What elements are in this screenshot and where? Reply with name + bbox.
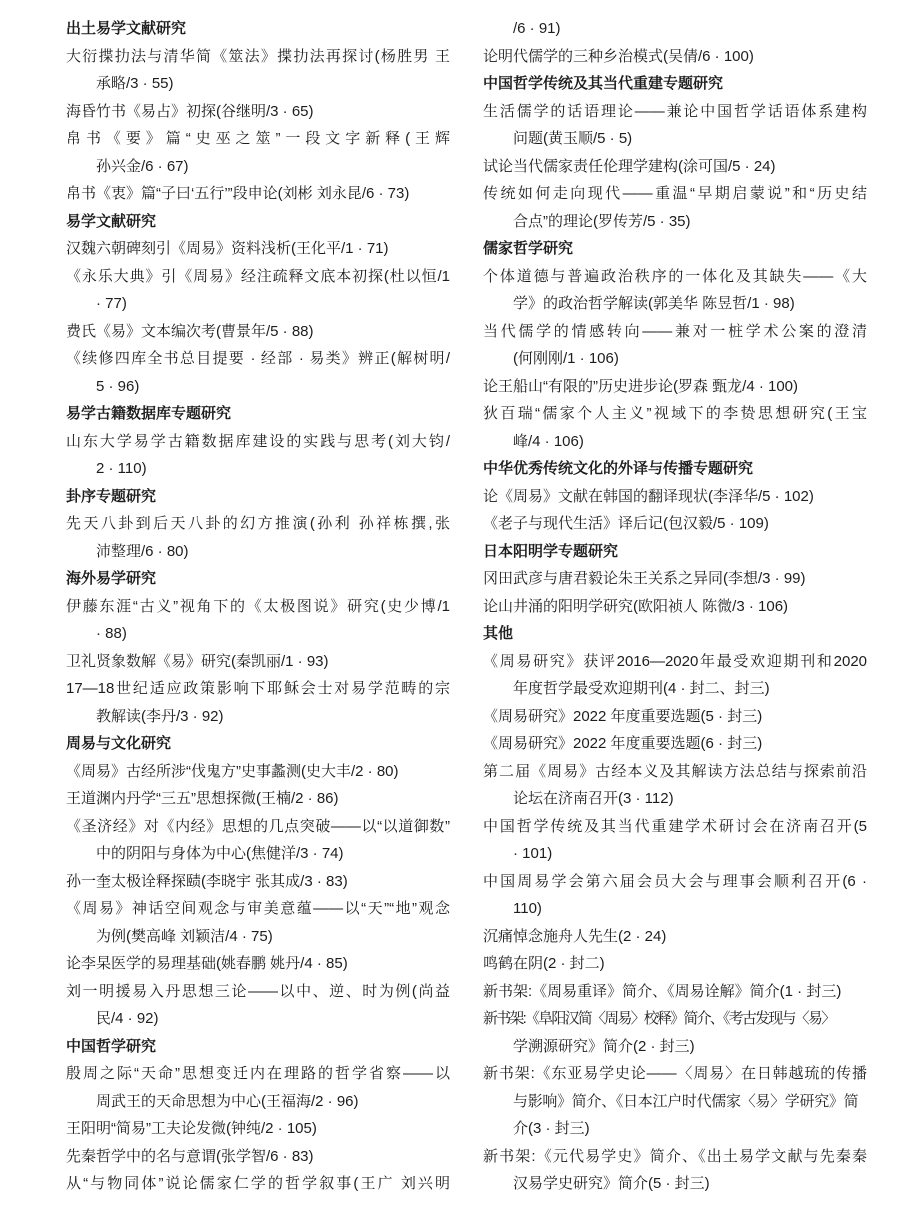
entry-continuation-line: 110) — [483, 895, 867, 923]
section-heading: 出土易学文献研究 — [66, 15, 450, 43]
entry-line: 传统如何走向现代——重温“早期启蒙说”和“历史结 — [483, 180, 867, 208]
entry-line: 《周易》神话空间观念与审美意蕴——以“天”“地”观念 — [66, 895, 450, 923]
entry-line: 沉痛悼念施舟人先生(2 · 24) — [483, 923, 867, 951]
entry-continuation-line: · 101) — [483, 840, 867, 868]
entry-line: 海昏竹书《易占》初探(谷继明/3 · 65) — [66, 98, 450, 126]
entry-line: 王阳明“简易”工夫论发微(钟纯/2 · 105) — [66, 1115, 450, 1143]
entry-line: 先秦哲学中的名与意谓(张学智/6 · 83) — [66, 1143, 450, 1171]
entry-line: 王道渊内丹学“三五”思想探微(王楠/2 · 86) — [66, 785, 450, 813]
entry-continuation-line: 峰/4 · 106) — [483, 428, 867, 456]
entry-line: 《周易研究》2022 年度重要选题(5 · 封三) — [483, 703, 867, 731]
entry-continuation-line: 论坛在济南召开(3 · 112) — [483, 785, 867, 813]
entry-continuation-line: 2 · 110) — [66, 455, 450, 483]
entry-line: 第二届《周易》古经本义及其解读方法总结与探索前沿 — [483, 758, 867, 786]
entry-line: 伊藤东涯“古义”视角下的《太极图说》研究(史少博/1 — [66, 593, 450, 621]
entry-line: 费氏《易》文本编次考(曹景年/5 · 88) — [66, 318, 450, 346]
entry-continuation-line: 5 · 96) — [66, 373, 450, 401]
entry-line: 《周易研究》获评2016—2020年最受欢迎期刊和2020 — [483, 648, 867, 676]
entry-line: 鸣鹤在阴(2 · 封二) — [483, 950, 867, 978]
entry-continuation-line: 为例(樊高峰 刘颖洁/4 · 75) — [66, 923, 450, 951]
entry-continuation-line: 合点”的理论(罗传芳/5 · 35) — [483, 208, 867, 236]
entry-continuation-line: (何刚刚/1 · 106) — [483, 345, 867, 373]
entry-line: 《周易》古经所涉“伐鬼方”史事蠡测(史大丰/2 · 80) — [66, 758, 450, 786]
entry-line: 17—18世纪适应政策影响下耶稣会士对易学范畴的宗 — [66, 675, 450, 703]
index-column-right: /6 · 91)论明代儒学的三种乡治模式(吴倩/6 · 100)中国哲学传统及其… — [483, 15, 867, 1198]
section-heading: 中国哲学传统及其当代重建专题研究 — [483, 70, 867, 98]
section-heading: 其他 — [483, 620, 867, 648]
entry-line: 试论当代儒家责任伦理学建构(涂可国/5 · 24) — [483, 153, 867, 181]
entry-line: 殷周之际“天命”思想变迁内在理路的哲学省察——以 — [66, 1060, 450, 1088]
entry-continuation-line: 介(3 · 封三) — [483, 1115, 867, 1143]
section-heading: 中国哲学研究 — [66, 1033, 450, 1061]
entry-continuation-line: 学溯源研究》简介(2 · 封三) — [483, 1033, 867, 1061]
entry-continuation-line: · 88) — [66, 620, 450, 648]
entry-line: 《老子与现代生活》译后记(包汉毅/5 · 109) — [483, 510, 867, 538]
entry-continuation-line: · 77) — [66, 290, 450, 318]
entry-line: 论明代儒学的三种乡治模式(吴倩/6 · 100) — [483, 43, 867, 71]
entry-line: 《周易研究》2022 年度重要选题(6 · 封三) — [483, 730, 867, 758]
entry-line: 汉魏六朝碑刻引《周易》资料浅析(王化平/1 · 71) — [66, 235, 450, 263]
entry-line: 帛书《要》篇“史巫之筮”一段文字新释(王辉 — [66, 125, 450, 153]
section-heading: 易学文献研究 — [66, 208, 450, 236]
section-heading: 易学古籍数据库专题研究 — [66, 400, 450, 428]
section-heading: 儒家哲学研究 — [483, 235, 867, 263]
entry-continuation-line: 周武王的天命思想为中心(王福海/2 · 96) — [66, 1088, 450, 1116]
section-heading: 中华优秀传统文化的外译与传播专题研究 — [483, 455, 867, 483]
entry-line: 论李杲医学的易理基础(姚春鹏 姚丹/4 · 85) — [66, 950, 450, 978]
entry-continuation-line: 问题(黄玉顺/5 · 5) — [483, 125, 867, 153]
entry-continuation-line: /6 · 91) — [483, 15, 867, 43]
entry-line: 新书架:《元代易学史》简介、《出土易学文献与先秦秦 — [483, 1143, 867, 1171]
entry-line: 论山井涌的阳明学研究(欧阳祯人 陈微/3 · 106) — [483, 593, 867, 621]
entry-continuation-line: 沛整理/6 · 80) — [66, 538, 450, 566]
entry-line: 新书架:《东亚易学史论——〈周易〉在日韩越琉的传播 — [483, 1060, 867, 1088]
entry-line: 卫礼贤象数解《易》研究(秦凯丽/1 · 93) — [66, 648, 450, 676]
entry-line: 帛书《衷》篇“子曰‘五行’”段申论(刘彬 刘永昆/6 · 73) — [66, 180, 450, 208]
section-heading: 卦序专题研究 — [66, 483, 450, 511]
entry-line: 孙一奎太极诠释探赜(李晓宇 张其成/3 · 83) — [66, 868, 450, 896]
entry-continuation-line: 年度哲学最受欢迎期刊(4 · 封二、封三) — [483, 675, 867, 703]
entry-line: 先天八卦到后天八卦的幻方推演(孙利 孙祥栋撰,张 — [66, 510, 450, 538]
entry-continuation-line: 与影响》简介、《日本江户时代儒家〈易〉学研究》简 — [483, 1088, 867, 1116]
entry-line: 新书架:《阜阳汉简〈周易〉校释》简介、《考古发现与〈易〉 — [483, 1005, 867, 1033]
entry-continuation-line: 民/4 · 92) — [66, 1005, 450, 1033]
entry-line: 大衍揲扐法与清华简《筮法》揲扐法再探讨(杨胜男 王 — [66, 43, 450, 71]
entry-line: 冈田武彦与唐君毅论朱王关系之异同(李想/3 · 99) — [483, 565, 867, 593]
entry-line: 从“与物同体”说论儒家仁学的哲学叙事(王广 刘兴明 — [66, 1170, 450, 1198]
journal-index-page: 出土易学文献研究大衍揲扐法与清华简《筮法》揲扐法再探讨(杨胜男 王承略/3 · … — [0, 0, 920, 1218]
entry-line: 论王船山“有限的”历史进步论(罗森 甄龙/4 · 100) — [483, 373, 867, 401]
entry-line: 论《周易》文献在韩国的翻译现状(李泽华/5 · 102) — [483, 483, 867, 511]
section-heading: 海外易学研究 — [66, 565, 450, 593]
entry-continuation-line: 教解读(李丹/3 · 92) — [66, 703, 450, 731]
entry-line: 山东大学易学古籍数据库建设的实践与思考(刘大钧/ — [66, 428, 450, 456]
entry-line: 《续修四库全书总目提要 · 经部 · 易类》辨正(解树明/ — [66, 345, 450, 373]
entry-continuation-line: 承略/3 · 55) — [66, 70, 450, 98]
index-column-left: 出土易学文献研究大衍揲扐法与清华简《筮法》揲扐法再探讨(杨胜男 王承略/3 · … — [66, 15, 450, 1198]
entry-continuation-line: 孙兴金/6 · 67) — [66, 153, 450, 181]
entry-line: 刘一明援易入丹思想三论——以中、逆、时为例(尚益 — [66, 978, 450, 1006]
entry-line: 个体道德与普遍政治秩序的一体化及其缺失——《大 — [483, 263, 867, 291]
entry-continuation-line: 中的阴阳与身体为中心(焦健洋/3 · 74) — [66, 840, 450, 868]
entry-continuation-line: 学》的政治哲学解读(郭美华 陈昱哲/1 · 98) — [483, 290, 867, 318]
entry-line: 《圣济经》对《内经》思想的几点突破——以“以道御数” — [66, 813, 450, 841]
entry-line: 新书架:《周易重译》简介、《周易诠解》简介(1 · 封三) — [483, 978, 867, 1006]
entry-line: 中国哲学传统及其当代重建学术研讨会在济南召开(5 — [483, 813, 867, 841]
entry-line: 《永乐大典》引《周易》经注疏释文底本初探(杜以恒/1 — [66, 263, 450, 291]
section-heading: 周易与文化研究 — [66, 730, 450, 758]
entry-line: 当代儒学的情感转向——兼对一桩学术公案的澄清 — [483, 318, 867, 346]
entry-continuation-line: 汉易学史研究》简介(5 · 封三) — [483, 1170, 867, 1198]
entry-line: 中国周易学会第六届会员大会与理事会顺利召开(6 · — [483, 868, 867, 896]
entry-line: 狄百瑞“儒家个人主义”视域下的李贽思想研究(王宝 — [483, 400, 867, 428]
entry-line: 生活儒学的话语理论——兼论中国哲学话语体系建构 — [483, 98, 867, 126]
section-heading: 日本阳明学专题研究 — [483, 538, 867, 566]
